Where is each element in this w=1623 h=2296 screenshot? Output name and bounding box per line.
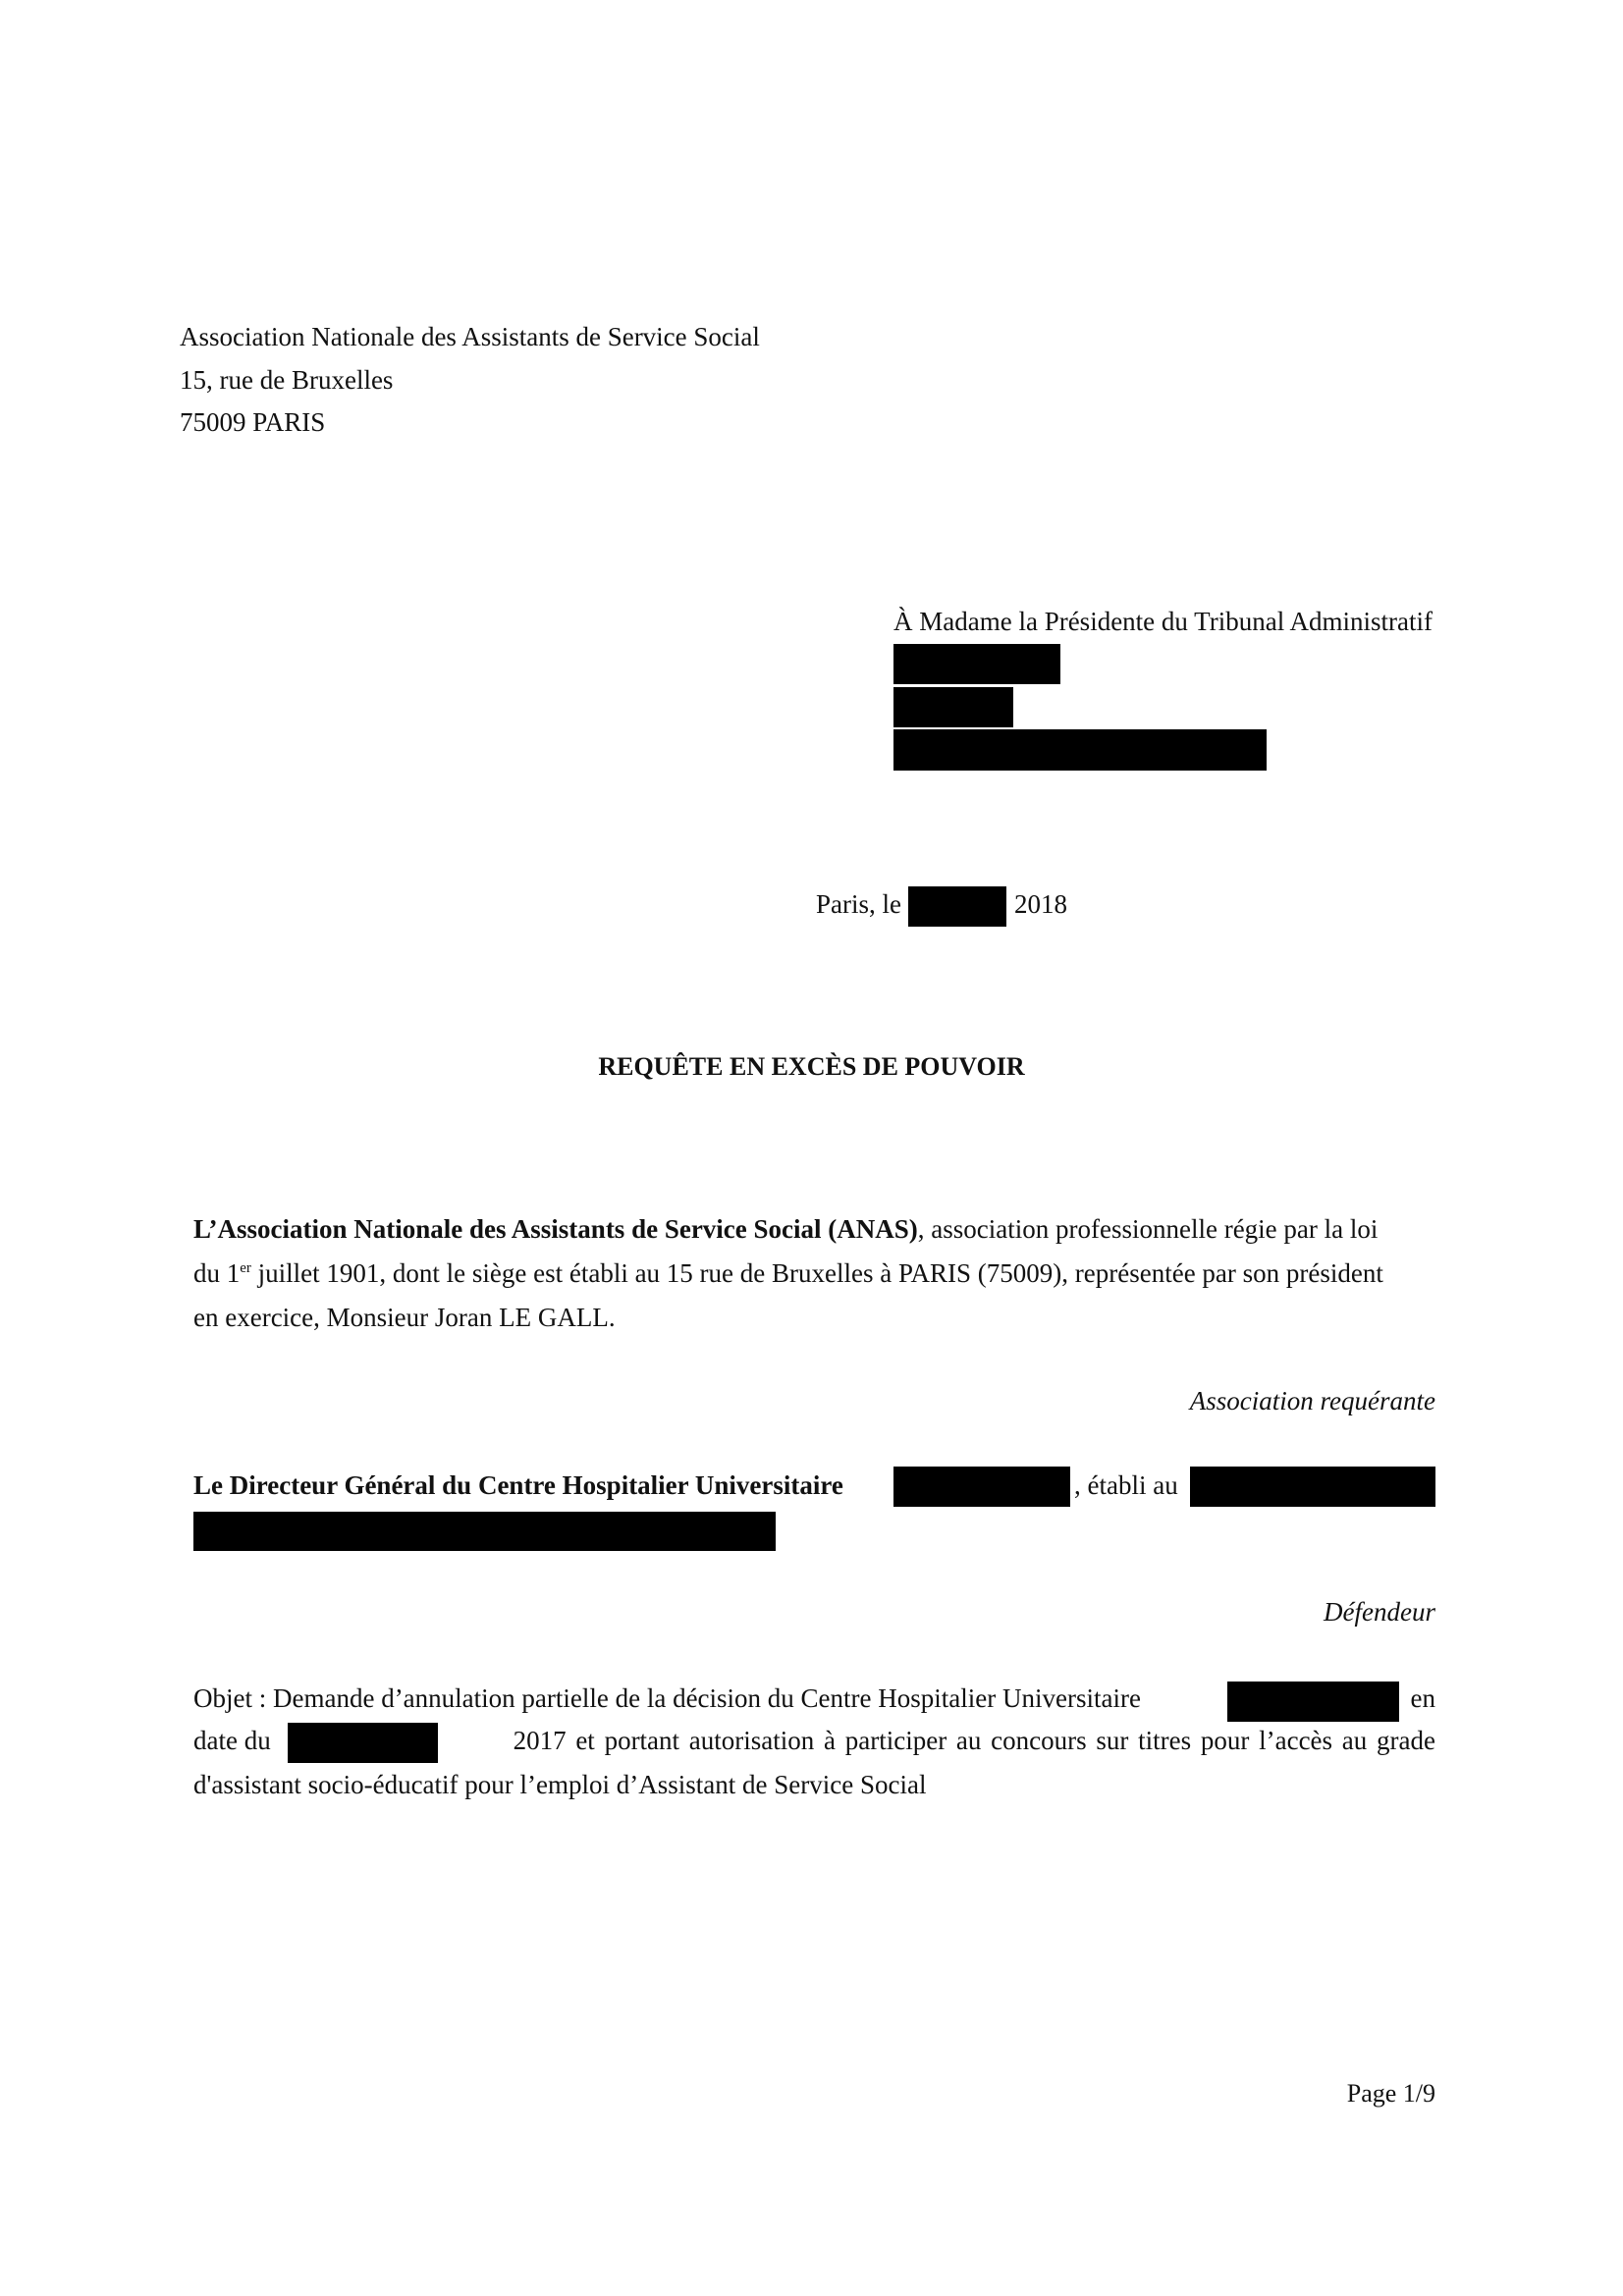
applicant-line-1: L’Association Nationale des Assistants d… — [193, 1212, 1435, 1246]
object-line-2-rest: 2017 et portant autorisation à participe… — [514, 1724, 1435, 1757]
applicant-name: L’Association Nationale des Assistants d… — [193, 1214, 918, 1244]
sender-street: 15, rue de Bruxelles — [180, 363, 393, 397]
applicant-line-3: en exercice, Monsieur Joran LE GALL. — [193, 1301, 1435, 1334]
redacted-decision-date — [288, 1723, 438, 1763]
redacted-address-part-2 — [193, 1512, 776, 1551]
recipient-title: À Madame la Présidente du Tribunal Admin… — [893, 605, 1433, 638]
page-number: Page 1/9 — [1347, 2077, 1435, 2110]
redacted-recipient-line-1 — [893, 644, 1060, 684]
object-line-2-start: date du — [193, 1724, 271, 1757]
applicant-line-2-start: du 1 — [193, 1258, 240, 1288]
applicant-role: Association requérante — [1190, 1384, 1435, 1417]
object-line-1: Objet : Demande d’annulation partielle d… — [193, 1682, 1141, 1715]
object-line-1-end: en — [1411, 1682, 1435, 1715]
defendant-mid-text: , établi au — [1074, 1468, 1178, 1502]
object-line-3: d'assistant socio-éducatif pour l’emploi… — [193, 1768, 926, 1801]
sender-name: Association Nationale des Assistants de … — [180, 320, 760, 353]
applicant-line-2: du 1er juillet 1901, dont le siège est é… — [193, 1256, 1435, 1290]
redacted-hospital-name — [893, 1467, 1070, 1507]
redacted-address-part-1 — [1190, 1467, 1435, 1507]
redacted-recipient-line-2 — [893, 687, 1013, 727]
date-prefix: Paris, le — [816, 887, 901, 921]
sender-city: 75009 PARIS — [180, 405, 325, 439]
date-year: 2018 — [1014, 887, 1067, 921]
redacted-recipient-line-3 — [893, 729, 1267, 771]
applicant-line-2-rest: juillet 1901, dont le siège est établi a… — [251, 1258, 1383, 1288]
ordinal-superscript: er — [240, 1260, 251, 1276]
defendant-role: Défendeur — [1324, 1595, 1435, 1629]
redacted-hospital-name-2 — [1227, 1682, 1399, 1722]
applicant-line-1-rest: , association professionnelle régie par … — [918, 1214, 1379, 1244]
defendant-name: Le Directeur Général du Centre Hospitali… — [193, 1468, 843, 1502]
document-title: REQUÊTE EN EXCÈS DE POUVOIR — [0, 1050, 1623, 1084]
redacted-date — [908, 886, 1006, 927]
